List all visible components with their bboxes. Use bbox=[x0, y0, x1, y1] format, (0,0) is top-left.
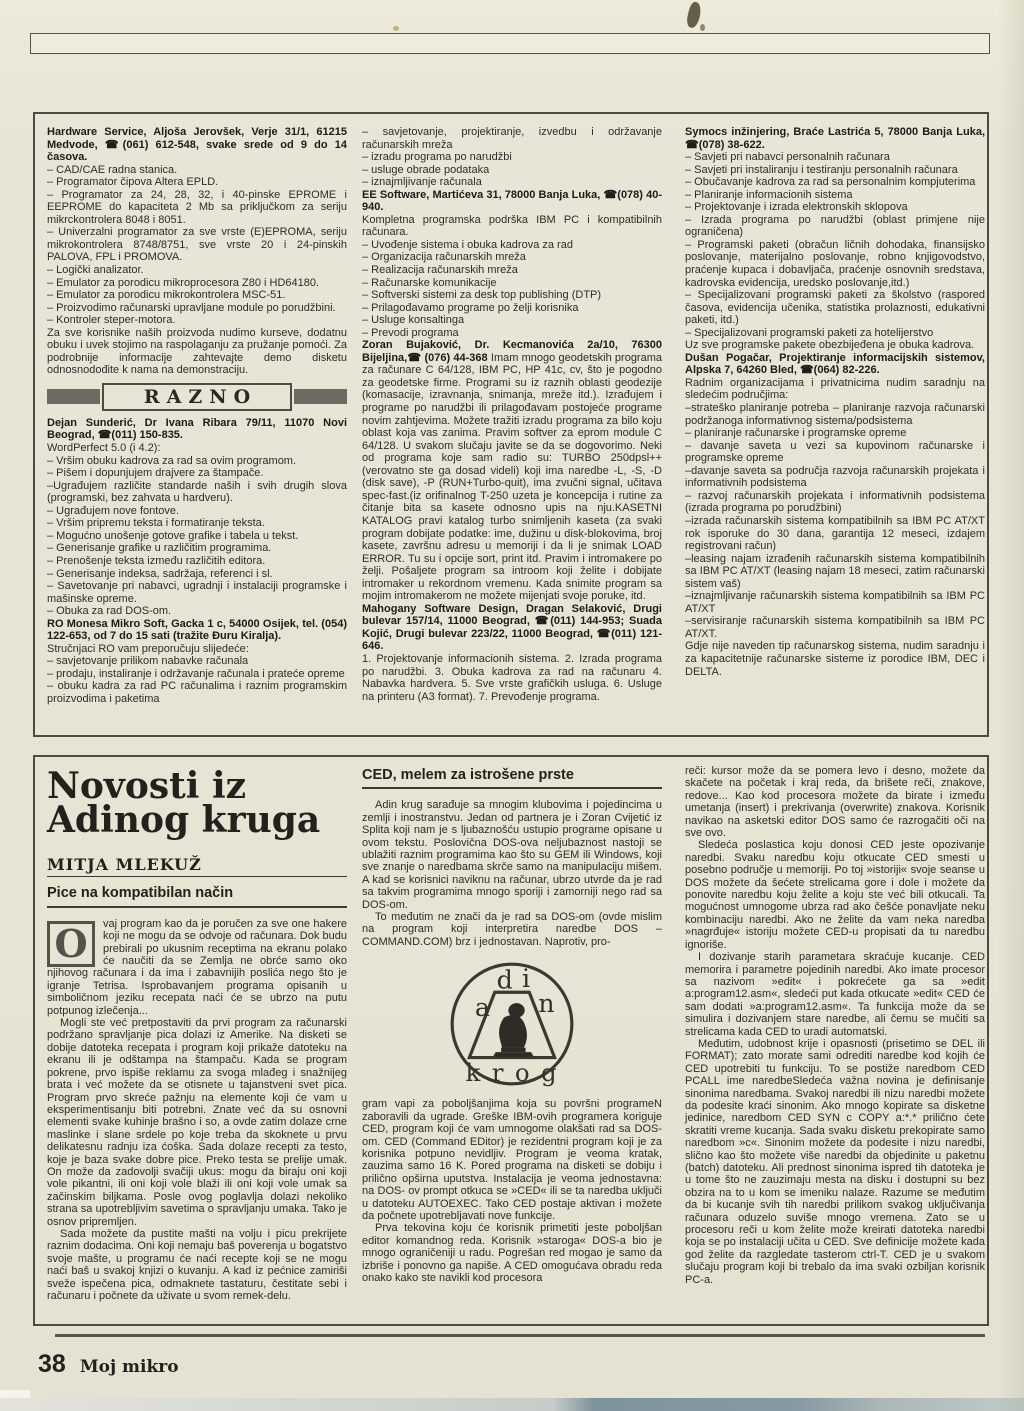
page-number: 38 bbox=[38, 1350, 66, 1379]
ad-paragraph: – razvoj računarskih projekata i informa… bbox=[685, 490, 985, 515]
ad-text: – razvoj računarskih projekata i informa… bbox=[685, 490, 985, 515]
article-bottom-rule bbox=[55, 1334, 985, 1337]
article-col3-paragraphs: reči: kursor može da se pomera levo i de… bbox=[685, 765, 985, 1286]
ad-text: – savjetovanje, projektiranje, izvedbu i… bbox=[362, 126, 662, 151]
ad-text: – Logički analizator. bbox=[47, 264, 144, 276]
ad-text: Uz sve programske pakete obezbijeđena je… bbox=[685, 339, 974, 351]
svg-text:n: n bbox=[538, 988, 554, 1018]
ad-paragraph: – Softverski sistemi za desk top publish… bbox=[362, 289, 662, 302]
ad-paragraph: – Programator za 24, 28, 32, i 40-pinske… bbox=[47, 189, 347, 227]
ad-paragraph: – Planiranje informacionih sistema bbox=[685, 189, 985, 202]
dropcap-letter: O bbox=[47, 921, 95, 967]
ad-contact-bold: Dušan Pogačar, Projektiranje informacijs… bbox=[685, 352, 985, 377]
ad-contact-bold: Hardware Service, Aljoša Jerovšek, Verje… bbox=[47, 126, 347, 163]
ad-paragraph: –leasing najam izrađenih računarskih sis… bbox=[685, 553, 985, 591]
section-rule bbox=[47, 906, 347, 908]
ad-paragraph: – Generisanje grafike u različitim progr… bbox=[47, 542, 347, 555]
ad-paragraph: – Realizacija računarskih mreža bbox=[362, 264, 662, 277]
ads-column-2: – savjetovanje, projektiranje, izvedbu i… bbox=[362, 126, 662, 703]
ad-paragraph: RO Monesa Mikro Soft, Gacka 1 c, 54000 O… bbox=[47, 618, 347, 643]
paragraph-text: To međutim ne znači da je rad sa DOS-om … bbox=[362, 911, 662, 948]
ad-text: – obuku kadra za rad PC računalima i raz… bbox=[47, 680, 347, 705]
ad-text: –leasing najam izrađenih računarskih sis… bbox=[685, 553, 985, 590]
ad-text: – Generisanje indeksa, sadržaja, referen… bbox=[47, 568, 273, 580]
ad-text: – Obučavanje kadrova za rad sa personaln… bbox=[685, 176, 975, 188]
ad-text: – Planiranje informacionih sistema bbox=[685, 189, 853, 201]
ad-text: – Programator za 24, 28, 32, i 40-pinske… bbox=[47, 189, 347, 226]
ad-paragraph: Symocs inžinjering, Braće Lastrića 5, 78… bbox=[685, 126, 985, 151]
ad-text: – Emulator za porodicu mikroprocesora Z8… bbox=[47, 277, 319, 289]
paragraph-text: reči: kursor može da se pomera levo i de… bbox=[685, 765, 985, 839]
svg-text:a: a bbox=[475, 992, 490, 1022]
ad-contact-bold: Mahogany Software Design, Dragan Selakov… bbox=[362, 603, 662, 653]
ad-text: Stručnjaci RO vam preporučuju slijedeće: bbox=[47, 643, 249, 655]
ad-paragraph: Stručnjaci RO vam preporučuju slijedeće: bbox=[47, 643, 347, 656]
article-title: Novosti iz Adinog kruga bbox=[47, 769, 347, 837]
ad-paragraph: Dejan Sunderić, Dr Ivana Ribara 79/11, 1… bbox=[47, 417, 347, 442]
ad-paragraph: Uz sve programske pakete obezbijeđena je… bbox=[685, 339, 985, 352]
article-paragraph: Mogli ste već pretpostaviti da prvi prog… bbox=[47, 1017, 347, 1228]
ad-paragraph: – Specijalizovani programski paketi za š… bbox=[685, 289, 985, 327]
paragraph-text: Međutim, udobnost krije i opasnosti (pri… bbox=[685, 1038, 985, 1286]
ad-text: 1. Projektovanje informacionih sistema. … bbox=[362, 653, 662, 703]
ad-text: – Realizacija računarskih mreža bbox=[362, 264, 518, 276]
ad-paragraph: – CAD/CAE radna stanica. bbox=[47, 164, 347, 177]
ad-text: –servisiranje računarskih sistema kompat… bbox=[685, 615, 985, 640]
ads-column-1: Hardware Service, Aljoša Jerovšek, Verje… bbox=[47, 126, 347, 706]
ad-text: – Programator čipova Altera EPLD. bbox=[47, 176, 218, 188]
ad-text: –davanje saveta sa područja razvoja raču… bbox=[685, 465, 985, 490]
ad-text: – Emulator za porodicu mikrokontrolera M… bbox=[47, 289, 285, 301]
ad-contact-bold: Symocs inžinjering, Braće Lastrića 5, 78… bbox=[685, 126, 985, 151]
article-paragraph: reči: kursor može da se pomera levo i de… bbox=[685, 765, 985, 839]
top-empty-ad-box bbox=[30, 33, 990, 54]
ad-paragraph: Mahogany Software Design, Dragan Selakov… bbox=[362, 603, 662, 653]
ad-paragraph: – Organizacija računarskih mreža bbox=[362, 251, 662, 264]
scan-edge-band bbox=[0, 1398, 1024, 1411]
paragraph-text: Mogli ste već pretpostaviti da prvi prog… bbox=[47, 1017, 347, 1228]
ad-paragraph: –Ugrađujem različite standarde naših i s… bbox=[47, 480, 347, 505]
ad-paragraph: – Izrada programa po narudžbi (oblast pr… bbox=[685, 214, 985, 239]
svg-text:d: d bbox=[497, 965, 513, 995]
ad-text: – usluge obrade podataka bbox=[362, 164, 489, 176]
paragraph-text: gram vapi za poboljšanjima koja su površ… bbox=[362, 1098, 662, 1222]
ad-contact-bold: RO Monesa Mikro Soft, Gacka 1 c, 54000 O… bbox=[47, 618, 347, 643]
ad-paragraph: – Univerzalni programator za sve vrste (… bbox=[47, 226, 347, 264]
ad-paragraph: –servisiranje računarskih sistema kompat… bbox=[685, 615, 985, 640]
article-column-2: CED, melem za istrošene prste Adin krug … bbox=[362, 769, 662, 1284]
ad-text: – Uvođenje sistema i obuka kadrova za ra… bbox=[362, 239, 573, 251]
ad-text: –izrada računarskih sistema kompatibilni… bbox=[685, 515, 985, 552]
ad-text: – Mogućno unošenje gotove grafike i tabe… bbox=[47, 530, 298, 542]
ad-text: Radnim organizacijama i privatnicima nud… bbox=[685, 377, 985, 402]
ad-text: WordPerfect 5.0 (i 4.2): bbox=[47, 442, 161, 454]
ink-smudge bbox=[700, 24, 705, 31]
ad-paragraph: – Generisanje indeksa, sadržaja, referen… bbox=[47, 568, 347, 581]
ad-paragraph: – iznajmljivanje računala bbox=[362, 176, 662, 189]
ad-contact-bold: Dejan Sunderić, Dr Ivana Ribara 79/11, 1… bbox=[47, 417, 347, 442]
ad-paragraph: Dušan Pogačar, Projektiranje informacijs… bbox=[685, 352, 985, 377]
ad-text: – planiranje računarske i programske opr… bbox=[685, 427, 906, 439]
adin-krog-logo-svg: a d i n k r o g bbox=[444, 956, 580, 1092]
ad-paragraph: 1. Projektovanje informacionih sistema. … bbox=[362, 653, 662, 703]
ad-paragraph: –davanje saveta sa područja razvoja raču… bbox=[685, 465, 985, 490]
ad-paragraph: – Obučavanje kadrova za rad sa personaln… bbox=[685, 176, 985, 189]
title-line-2: Adinog kruga bbox=[47, 799, 320, 841]
razno-label-text: RAZNO bbox=[144, 391, 257, 404]
article-paragraph: Prva tekovina koju će korisnik primetiti… bbox=[362, 1222, 662, 1284]
ad-text: –Ugrađujem različite standarde naših i s… bbox=[47, 480, 347, 505]
ad-text: – Savetovanje pri nabavci, ugradnji i in… bbox=[47, 580, 347, 605]
magazine-page: Hardware Service, Aljoša Jerovšek, Verje… bbox=[0, 0, 1024, 1411]
ad-paragraph: Radnim organizacijama i privatnicima nud… bbox=[685, 377, 985, 402]
ad-paragraph: – Emulator za porodicu mikroprocesora Z8… bbox=[47, 277, 347, 290]
ad-paragraph: – Računarske komunikacije bbox=[362, 277, 662, 290]
ad-paragraph: – Usluge konsaltinga bbox=[362, 314, 662, 327]
section-rule bbox=[362, 787, 662, 789]
ad-text: – prodaju, instaliranje i održavanje rač… bbox=[47, 668, 345, 680]
section-heading-pice: Pice na kompatibilan način bbox=[47, 887, 347, 899]
ad-text: – Računarske komunikacije bbox=[362, 277, 497, 289]
article-paragraph: I dozivanje starih parametara skraćuje k… bbox=[685, 951, 985, 1038]
sitting-figure-silhouette bbox=[493, 1003, 534, 1056]
ad-paragraph: – usluge obrade podataka bbox=[362, 164, 662, 177]
ad-paragraph: – Emulator za porodicu mikrokontrolera M… bbox=[47, 289, 347, 302]
ad-text: Kompletna programska podrška IBM PC i ko… bbox=[362, 214, 662, 239]
article-col2-paragraphs-top: Adin krug sarađuje sa mnogim klubovima i… bbox=[362, 799, 662, 948]
ad-paragraph: – davanje saveta u vezi sa kupovinom rač… bbox=[685, 440, 985, 465]
svg-text:i: i bbox=[522, 963, 530, 993]
ad-text: – Kontroler steper-motora. bbox=[47, 314, 175, 326]
ad-paragraph: – savjetovanje, projektiranje, izvedbu i… bbox=[362, 126, 662, 151]
page-edge-shade bbox=[998, 0, 1024, 1411]
ad-text: – Usluge konsaltinga bbox=[362, 314, 464, 326]
author-rule bbox=[47, 876, 347, 877]
ad-text: – CAD/CAE radna stanica. bbox=[47, 164, 177, 176]
ad-paragraph: Za sve korisnike naših proizvoda nudimo … bbox=[47, 327, 347, 377]
section-heading-ced: CED, melem za istrošene prste bbox=[362, 769, 662, 781]
article-column-1: Novosti iz Adinog kruga MITJA MLEKUŽ Pic… bbox=[47, 765, 347, 1302]
ad-paragraph: – Programski paketi (obračun ličnih doho… bbox=[685, 239, 985, 289]
ad-paragraph: – Proizvodimo računarski upravljane modu… bbox=[47, 302, 347, 315]
ad-paragraph: – obuku kadra za rad PC računalima i raz… bbox=[47, 680, 347, 705]
ad-text: Imam mnogo geodetskih programa za računa… bbox=[362, 352, 662, 602]
ad-text: – Projektovanje i izrada elektronskih sk… bbox=[685, 201, 908, 213]
ad-text: – Obuka za rad DOS-om. bbox=[47, 605, 171, 617]
ad-text: – Savjeti pri instaliranju i testiranju … bbox=[685, 164, 958, 176]
ad-paragraph: – planiranje računarske i programske opr… bbox=[685, 427, 985, 440]
ad-paragraph: – Vršim pripremu teksta i formatiranje t… bbox=[47, 517, 347, 530]
ad-text: – Izrada programa po narudžbi (oblast pr… bbox=[685, 214, 985, 239]
ad-paragraph: Kompletna programska podrška IBM PC i ko… bbox=[362, 214, 662, 239]
paragraph-text: I dozivanje starih parametara skraćuje k… bbox=[685, 951, 985, 1037]
ad-paragraph: – prodaju, instaliranje i održavanje rač… bbox=[47, 668, 347, 681]
ad-paragraph: – Projektovanje i izrada elektronskih sk… bbox=[685, 201, 985, 214]
ad-paragraph: – Savjeti pri instaliranju i testiranju … bbox=[685, 164, 985, 177]
ad-paragraph: – Obuka za rad DOS-om. bbox=[47, 605, 347, 618]
ad-paragraph: – Vršim obuku kadrova za rad sa ovim pro… bbox=[47, 455, 347, 468]
paper-speck bbox=[393, 26, 399, 31]
razno-section-label: RAZNO bbox=[102, 383, 292, 411]
ad-text: –strateško planiranje potreba – planiran… bbox=[685, 402, 985, 427]
ad-paragraph: EE Software, Martićeva 31, 78000 Banja L… bbox=[362, 189, 662, 214]
ad-text: – Ugrađujem nove fontove. bbox=[47, 505, 179, 517]
ad-text: – Organizacija računarskih mreža bbox=[362, 251, 526, 263]
article-paragraph: To međutim ne znači da je rad sa DOS-om … bbox=[362, 911, 662, 948]
ad-paragraph: – Prenošenje teksta između različitih ed… bbox=[47, 555, 347, 568]
ad-paragraph: – savjetovanje prilikom nabavke računala bbox=[47, 655, 347, 668]
magazine-name: Moj mikro bbox=[80, 1357, 179, 1377]
article-col1-paragraphs: Mogli ste već pretpostaviti da prvi prog… bbox=[47, 1017, 347, 1302]
paragraph-text: Prva tekovina koju će korisnik primetiti… bbox=[362, 1222, 662, 1284]
ad-text: – Vršim obuku kadrova za rad sa ovim pro… bbox=[47, 455, 296, 467]
article-paragraph: Adin krug sarađuje sa mnogim klubovima i… bbox=[362, 799, 662, 911]
ad-text: – izradu programa po narudžbi bbox=[362, 151, 512, 163]
ad-paragraph: – izradu programa po narudžbi bbox=[362, 151, 662, 164]
ad-paragraph: –iznajmljivanje računarskih sistema komp… bbox=[685, 590, 985, 615]
ad-paragraph: – Prevodi programa bbox=[362, 327, 662, 340]
ad-paragraph: Hardware Service, Aljoša Jerovšek, Verje… bbox=[47, 126, 347, 164]
article-paragraph: gram vapi za poboljšanjima koja su površ… bbox=[362, 1098, 662, 1222]
ads-list-razno: Dejan Sunderić, Dr Ivana Ribara 79/11, 1… bbox=[47, 417, 347, 706]
razno-banner: RAZNO bbox=[47, 383, 347, 411]
adin-krog-logo-icon: a d i n k r o g bbox=[362, 956, 662, 1092]
classified-ads-box: Hardware Service, Aljoša Jerovšek, Verje… bbox=[33, 112, 989, 737]
ad-paragraph: – Mogućno unošenje gotove grafike i tabe… bbox=[47, 530, 347, 543]
ads-column-3: Symocs inžinjering, Braće Lastrića 5, 78… bbox=[685, 126, 985, 678]
ad-paragraph: –strateško planiranje potreba – planiran… bbox=[685, 402, 985, 427]
ad-paragraph: – Savetovanje pri nabavci, ugradnji i in… bbox=[47, 580, 347, 605]
article-column-3: reči: kursor može da se pomera levo i de… bbox=[685, 765, 985, 1286]
ad-paragraph: – Ugrađujem nove fontove. bbox=[47, 505, 347, 518]
razno-bar-left bbox=[47, 389, 100, 404]
ad-text: – Pišem i dopunjujem drajvere za štampač… bbox=[47, 467, 263, 479]
paragraph-text: Sada možete da pustite mašti na volju i … bbox=[47, 1228, 347, 1302]
ad-text: – Softverski sistemi za desk top publish… bbox=[362, 289, 601, 301]
ad-text: – Univerzalni programator za sve vrste (… bbox=[47, 226, 347, 263]
ad-text: – Vršim pripremu teksta i formatiranje t… bbox=[47, 517, 265, 529]
ad-contact-bold: EE Software, Martićeva 31, 78000 Banja L… bbox=[362, 189, 662, 214]
ad-text: – Specijalizovani programski paketi za š… bbox=[685, 289, 985, 326]
ads-list-hardware-service: Hardware Service, Aljoša Jerovšek, Verje… bbox=[47, 126, 347, 377]
ad-text: – savjetovanje prilikom nabavke računala bbox=[47, 655, 248, 667]
ad-paragraph: Zoran Bujaković, Dr. Kecmanovića 2a/10, … bbox=[362, 339, 662, 602]
article-paragraph: Međutim, udobnost krije i opasnosti (pri… bbox=[685, 1038, 985, 1286]
article-paragraph: Sledeća poslastica koju donosi CED jeste… bbox=[685, 839, 985, 951]
article-author: MITJA MLEKUŽ bbox=[47, 859, 347, 871]
ad-text: – Proizvodimo računarski upravljane modu… bbox=[47, 302, 336, 314]
ad-paragraph: – Uvođenje sistema i obuka kadrova za ra… bbox=[362, 239, 662, 252]
ad-paragraph: – Pišem i dopunjujem drajvere za štampač… bbox=[47, 467, 347, 480]
ad-paragraph: Gdje nije naveden tip računarskog sistem… bbox=[685, 640, 985, 678]
ad-text: – davanje saveta u vezi sa kupovinom rač… bbox=[685, 440, 985, 465]
page-footer: 38 Moj mikro bbox=[38, 1350, 179, 1379]
article-paragraph: Sada možete da pustite mašti na volju i … bbox=[47, 1228, 347, 1302]
ad-paragraph: – Programator čipova Altera EPLD. bbox=[47, 176, 347, 189]
article-box: Novosti iz Adinog kruga MITJA MLEKUŽ Pic… bbox=[33, 755, 989, 1326]
ad-text: – Specijalizovani programski paketi za h… bbox=[685, 327, 933, 339]
ad-text: Za sve korisnike naših proizvoda nudimo … bbox=[47, 327, 347, 377]
ad-text: Gdje nije naveden tip računarskog sistem… bbox=[685, 640, 985, 677]
ad-text: – Prevodi programa bbox=[362, 327, 459, 339]
ad-paragraph: – Logički analizator. bbox=[47, 264, 347, 277]
ad-paragraph: – Kontroler steper-motora. bbox=[47, 314, 347, 327]
ad-text: – Programski paketi (obračun ličnih doho… bbox=[685, 239, 985, 289]
ad-text: – Generisanje grafike u različitim progr… bbox=[47, 542, 271, 554]
ad-paragraph: WordPerfect 5.0 (i 4.2): bbox=[47, 442, 347, 455]
ads-list-middle: – savjetovanje, projektiranje, izvedbu i… bbox=[362, 126, 662, 703]
razno-bar-right bbox=[294, 389, 347, 404]
paragraph-text: Sledeća poslastica koju donosi CED jeste… bbox=[685, 839, 985, 950]
svg-text:k r o g: k r o g bbox=[466, 1058, 559, 1087]
ad-paragraph: – Savjeti pri nabavci personalnih računa… bbox=[685, 151, 985, 164]
paragraph-text: Adin krug sarađuje sa mnogim klubovima i… bbox=[362, 799, 662, 910]
article-col2-paragraphs-bottom: gram vapi za poboljšanjima koja su površ… bbox=[362, 1098, 662, 1284]
ad-text: –iznajmljivanje računarskih sistema komp… bbox=[685, 590, 985, 615]
intro-paragraph: Ovaj program kao da je poručen za sve on… bbox=[47, 918, 347, 1017]
ad-paragraph: – Prilagođavamo programe po želji korisn… bbox=[362, 302, 662, 315]
ad-text: – iznajmljivanje računala bbox=[362, 176, 482, 188]
ad-text: – Prenošenje teksta između različitih ed… bbox=[47, 555, 265, 567]
ad-text: – Prilagođavamo programe po želji korisn… bbox=[362, 302, 578, 314]
ad-paragraph: –izrada računarskih sistema kompatibilni… bbox=[685, 515, 985, 553]
ads-list-right: Symocs inžinjering, Braće Lastrića 5, 78… bbox=[685, 126, 985, 678]
ad-paragraph: – Specijalizovani programski paketi za h… bbox=[685, 327, 985, 340]
ad-text: – Savjeti pri nabavci personalnih računa… bbox=[685, 151, 890, 163]
